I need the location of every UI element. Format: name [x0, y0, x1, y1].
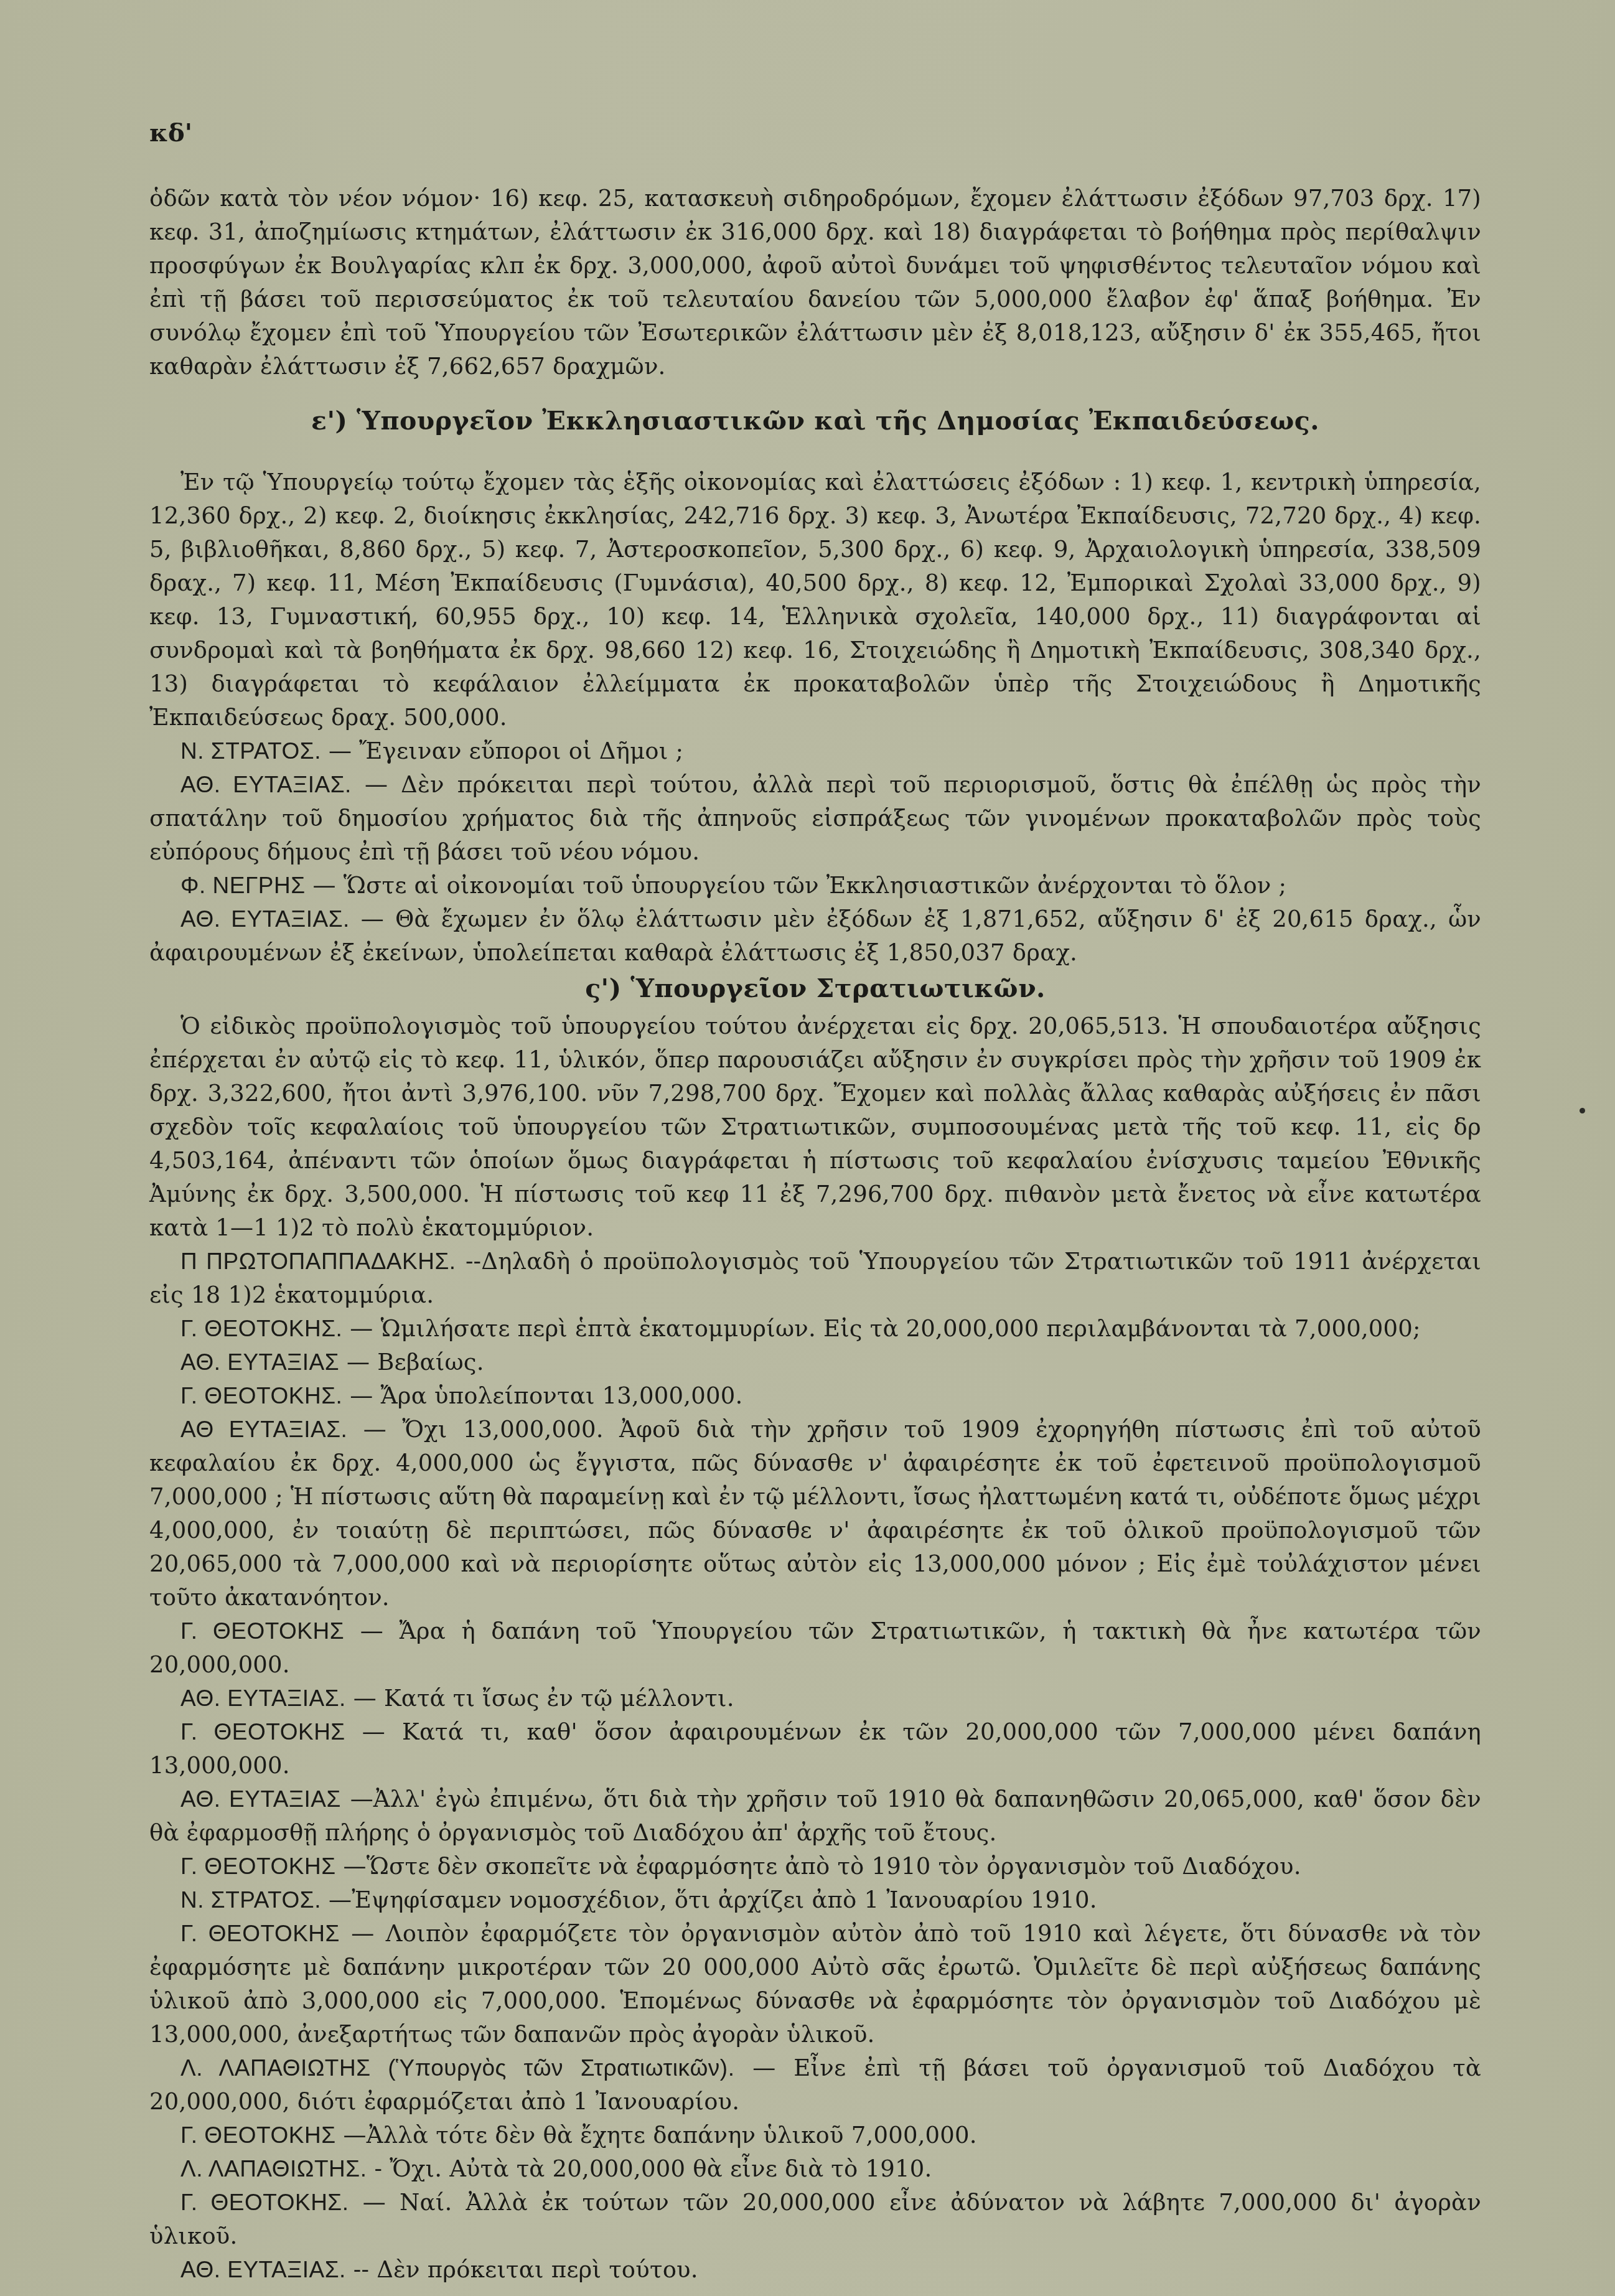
- section-body: Ἐν τῷ Ὑπουργείῳ τούτῳ ἔχομεν τὰς ἑξῆς οἰ…: [149, 466, 1481, 734]
- speech-turn: ΑΘ. ΕΥΤΑΞΙΑΣ. -- Δὲν πρόκειται περὶ τούτ…: [149, 2253, 1481, 2287]
- speech-text: — Κατά τι, καθ' ὅσον ἀφαιρουμένων ἐκ τῶν…: [149, 1718, 1481, 1779]
- speaker-name: Φ. ΝΕΓΡΗΣ: [180, 873, 306, 898]
- speech-text: —Ἐψηφίσαμεν νομοσχέδιον, ὅτι ἀρχίζει ἀπὸ…: [329, 1886, 1097, 1913]
- speech-turn: Ν. ΣΤΡΑΤΟΣ. — Ἔγειναν εὔποροι οἱ Δῆμοι ;: [149, 734, 1481, 768]
- speech-turn: Γ. ΘΕΟΤΟΚΗΣ — Κατά τι, καθ' ὅσον ἀφαιρου…: [149, 1715, 1481, 1783]
- dialogue-list: Π ΠΡΩΤΟΠΑΠΠΑΔΑΚΗΣ. --Δηλαδὴ ὁ προϋπολογι…: [149, 1245, 1481, 2287]
- speech-text: —Ἀλλ' ἐγὼ ἐπιμένω, ὅτι διὰ τὴν χρῆσιν το…: [149, 1786, 1481, 1846]
- speaker-name: ΑΘ. ΕΥΤΑΞΙΑΣ.: [180, 906, 350, 932]
- speaker-name: Γ. ΘΕΟΤΟΚΗΣ.: [180, 1383, 342, 1408]
- speech-text: — Ὥστε αἱ οἰκονομίαι τοῦ ὑπουργείου τῶν …: [313, 872, 1287, 899]
- speech-turn: ΑΘ. ΕΥΤΑΞΙΑΣ —Ἀλλ' ἐγὼ ἐπιμένω, ὅτι διὰ …: [149, 1783, 1481, 1850]
- speaker-name: ΑΘ. ΕΥΤΑΞΙΑΣ.: [180, 1685, 346, 1711]
- speech-text: —Ὥστε δὲν σκοπεῖτε νὰ ἐφαρμόσητε ἀπὸ τὸ …: [344, 1853, 1301, 1880]
- page-number: κδ': [149, 118, 1481, 148]
- speech-turn: Π ΠΡΩΤΟΠΑΠΠΑΔΑΚΗΣ. --Δηλαδὴ ὁ προϋπολογι…: [149, 1245, 1481, 1312]
- speech-turn: Γ. ΘΕΟΤΟΚΗΣ —Ἀλλὰ τότε δὲν θὰ ἔχητε δαπά…: [149, 2119, 1481, 2152]
- speaker-name: Γ. ΘΕΟΤΟΚΗΣ.: [180, 2190, 349, 2215]
- speech-turn: Γ. ΘΕΟΤΟΚΗΣ. — Ναί. Ἀλλὰ ἐκ τούτων τῶν 2…: [149, 2186, 1481, 2253]
- speech-text: — Ὄχι 13,000,000. Ἀφοῦ διὰ τὴν χρῆσιν το…: [149, 1416, 1481, 1611]
- speaker-name: ΑΘ ΕΥΤΑΞΙΑΣ.: [180, 1417, 347, 1442]
- speech-turn: Λ. ΛΑΠΑΘΙΩΤΗΣ. - Ὄχι. Αὐτὰ τὰ 20,000,000…: [149, 2152, 1481, 2186]
- speech-turn: ΑΘ. ΕΥΤΑΞΙΑΣ. — Δὲν πρόκειται περὶ τούτο…: [149, 768, 1481, 869]
- section-heading: ε') Ὑπουργεῖον Ἐκκλησιαστικῶν καὶ τῆς Δη…: [149, 402, 1481, 439]
- speech-text: — Κατά τι ἴσως ἐν τῷ μέλλοντι.: [353, 1685, 734, 1712]
- speaker-name: Ν. ΣΤΡΑΤΟΣ.: [180, 738, 321, 764]
- margin-ink-mark: [1580, 1108, 1585, 1113]
- speech-turn: ΑΘ. ΕΥΤΑΞΙΑΣ. — Θὰ ἔχωμεν ἐν ὅλῳ ἐλάττωσ…: [149, 902, 1481, 970]
- speech-turn: ΑΘ ΕΥΤΑΞΙΑΣ. — Ὄχι 13,000,000. Ἀφοῦ διὰ …: [149, 1413, 1481, 1614]
- speaker-name: Λ. ΛΑΠΑΘΙΩΤΗΣ.: [180, 2156, 367, 2181]
- speech-text: — Ναί. Ἀλλὰ ἐκ τούτων τῶν 20,000,000 εἶν…: [149, 2189, 1481, 2249]
- speech-turn: Ν. ΣΤΡΑΤΟΣ. —Ἐψηφίσαμεν νομοσχέδιον, ὅτι…: [149, 1883, 1481, 1917]
- speech-text: — Ἄρα ὑπολείπονται 13,000,000.: [350, 1382, 742, 1409]
- speech-turn: ΑΘ. ΕΥΤΑΞΙΑΣ — Βεβαίως.: [149, 1346, 1481, 1379]
- speech-turn: Γ. ΘΕΟΤΟΚΗΣ — Ἄρα ἡ δαπάνη τοῦ Ὑπουργείο…: [149, 1614, 1481, 1682]
- speech-text: — Ὡμιλήσατε περὶ ἑπτὰ ἑκατομμυρίων. Εἰς …: [350, 1315, 1420, 1342]
- section-military: ς') Ὑπουργεῖον Στρατιωτικῶν. Ὁ εἰδικὸς π…: [149, 970, 1481, 2287]
- speech-turn: Φ. ΝΕΓΡΗΣ — Ὥστε αἱ οἰκονομίαι τοῦ ὑπουρ…: [149, 869, 1481, 902]
- speaker-name: Γ. ΘΕΟΤΟΚΗΣ: [180, 1618, 344, 1644]
- speech-turn: Γ. ΘΕΟΤΟΚΗΣ — Λοιπὸν ἐφαρμόζετε τὸν ὀργα…: [149, 1917, 1481, 2051]
- speech-text: - Ὄχι. Αὐτὰ τὰ 20,000,000 θὰ εἶνε διὰ τὸ…: [374, 2155, 932, 2182]
- section-heading: ς') Ὑπουργεῖον Στρατιωτικῶν.: [149, 970, 1481, 1007]
- speech-turn: Λ. ΛΑΠΑΘΙΩΤΗΣ (Ὑπουργὸς τῶν Στρατιωτικῶν…: [149, 2051, 1481, 2119]
- speaker-name: Γ. ΘΕΟΤΟΚΗΣ: [180, 1921, 340, 1946]
- speaker-name: Γ. ΘΕΟΤΟΚΗΣ: [180, 1719, 345, 1745]
- speaker-name: Ν. ΣΤΡΑΤΟΣ.: [180, 1887, 321, 1913]
- speaker-name: Λ. ΛΑΠΑΘΙΩΤΗΣ (Ὑπουργὸς τῶν Στρατιωτικῶν…: [180, 2055, 734, 2081]
- speech-turn: Γ. ΘΕΟΤΟΚΗΣ —Ὥστε δὲν σκοπεῖτε νὰ ἐφαρμό…: [149, 1850, 1481, 1883]
- section-ecclesiastical-education: ε') Ὑπουργεῖον Ἐκκλησιαστικῶν καὶ τῆς Δη…: [149, 402, 1481, 970]
- speech-text: —Ἀλλὰ τότε δὲν θὰ ἔχητε δαπάνην ὑλικοῦ 7…: [344, 2122, 977, 2148]
- speaker-name: ΑΘ. ΕΥΤΑΞΙΑΣ.: [180, 772, 352, 797]
- speech-turn: Γ. ΘΕΟΤΟΚΗΣ. — Ἄρα ὑπολείπονται 13,000,0…: [149, 1379, 1481, 1413]
- document-page: κδ' ὁδῶν κατὰ τὸν νέον νόμον· 16) κεφ. 2…: [149, 112, 1481, 2287]
- speech-turn: ΑΘ. ΕΥΤΑΞΙΑΣ. — Κατά τι ἴσως ἐν τῷ μέλλο…: [149, 1682, 1481, 1715]
- intro-paragraph: ὁδῶν κατὰ τὸν νέον νόμον· 16) κεφ. 25, κ…: [149, 182, 1481, 383]
- speech-turn: Γ. ΘΕΟΤΟΚΗΣ. — Ὡμιλήσατε περὶ ἑπτὰ ἑκατο…: [149, 1312, 1481, 1346]
- speaker-name: Γ. ΘΕΟΤΟΚΗΣ.: [180, 1316, 342, 1341]
- speech-text: — Ἄρα ἡ δαπάνη τοῦ Ὑπουργείου τῶν Στρατι…: [149, 1618, 1481, 1678]
- speaker-name: ΑΘ. ΕΥΤΑΞΙΑΣ: [180, 1786, 341, 1812]
- speech-text: — Ἔγειναν εὔποροι οἱ Δῆμοι ;: [329, 738, 683, 764]
- speech-text: — Βεβαίως.: [347, 1349, 484, 1375]
- speaker-name: ΑΘ. ΕΥΤΑΞΙΑΣ.: [180, 2257, 346, 2282]
- dialogue-list: Ν. ΣΤΡΑΤΟΣ. — Ἔγειναν εὔποροι οἱ Δῆμοι ;…: [149, 734, 1481, 970]
- speech-text: — Λοιπὸν ἐφαρμόζετε τὸν ὀργανισμὸν αὐτὸν…: [149, 1920, 1481, 2048]
- speech-text: -- Δὲν πρόκειται περὶ τούτου.: [353, 2256, 698, 2283]
- speaker-name: Γ. ΘΕΟΤΟΚΗΣ: [180, 2122, 336, 2148]
- speaker-name: Π ΠΡΩΤΟΠΑΠΠΑΔΑΚΗΣ.: [180, 1249, 456, 1274]
- section-body: Ὁ εἰδικὸς προϋπολογισμὸς τοῦ ὑπουργείου …: [149, 1010, 1481, 1245]
- speaker-name: ΑΘ. ΕΥΤΑΞΙΑΣ: [180, 1349, 339, 1375]
- speaker-name: Γ. ΘΕΟΤΟΚΗΣ: [180, 1853, 336, 1879]
